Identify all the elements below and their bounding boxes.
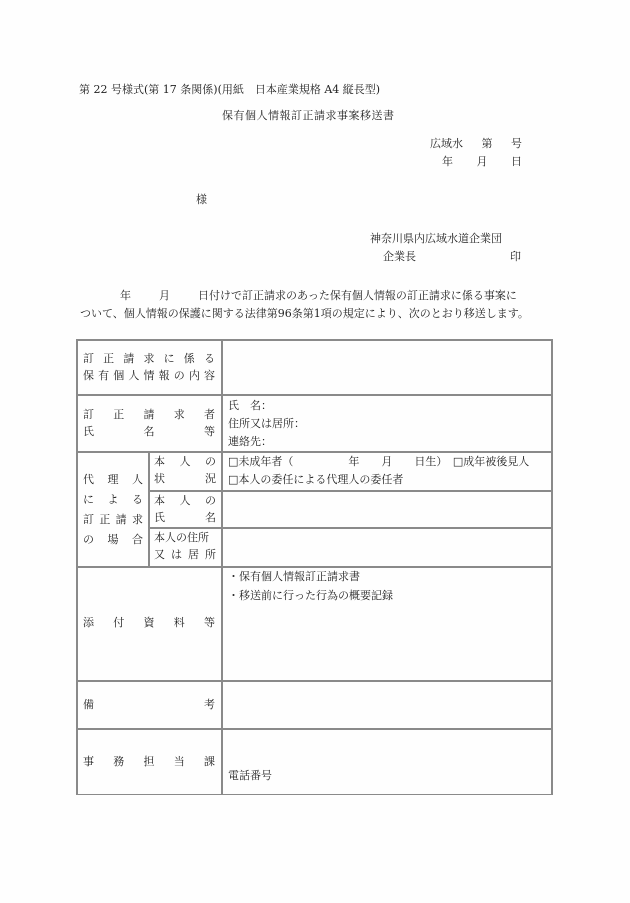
document-title: 保有個人情報訂正請求事案移送書 xyxy=(222,110,395,121)
attachment-item: ・保有個人情報訂正請求書 xyxy=(228,568,360,585)
phone-number-label: 電話番号 xyxy=(228,767,272,784)
requester-name-field[interactable]: 氏 名： xyxy=(228,397,272,414)
requester-contact-field[interactable]: 連絡先： xyxy=(228,433,272,450)
label-principal-name: 本人の 氏名 xyxy=(154,492,216,526)
requester-address-field[interactable]: 住所又は居所： xyxy=(228,415,305,432)
label-attachments: 添付資料等 xyxy=(83,614,215,631)
label-remarks: 備考 xyxy=(83,696,215,713)
transfer-form-table: 訂正請求に係る 保有個人情報の内容 訂正請求者 氏名等 氏 名： 住所又は居所：… xyxy=(76,339,553,795)
correction-info-field[interactable] xyxy=(226,343,548,391)
body-paragraph-line1: 年月日付けで訂正請求のあった保有個人情報の訂正請求に係る事案に xyxy=(120,290,550,301)
label-office-in-charge: 事務担当課 xyxy=(83,753,215,770)
checkbox-delegator[interactable]: □本人の委任による代理人の委任者 xyxy=(228,471,403,488)
label-agent-case: 代理人 による 訂正請求 の場合 xyxy=(83,471,143,548)
addressee: 様 xyxy=(196,194,207,205)
attachment-item: ・移送前に行った行為の概要記録 xyxy=(228,587,393,604)
checkbox-minor-or-ward[interactable]: □未成年者（ 年 月 日生） □成年被後見人 xyxy=(228,453,529,470)
label-requester: 訂正請求者 氏名等 xyxy=(83,406,215,440)
sender-organization: 神奈川県内広域水道企業団 xyxy=(370,233,502,244)
label-principal-status: 本人の 状況 xyxy=(154,453,216,487)
body-paragraph-line2: ついて、個人情報の保護に関する法律第96条第1項の規定により、次のとおり移送しま… xyxy=(80,308,529,319)
issue-date: 年 月 日 xyxy=(442,156,522,167)
form-number: 第 22 号様式(第 17 条関係)(用紙 日本産業規格 A4 縦長型) xyxy=(79,84,380,95)
principal-name-field[interactable] xyxy=(226,492,548,525)
sender-title: 企業長 印 xyxy=(383,251,521,262)
label-correction-info: 訂正請求に係る 保有個人情報の内容 xyxy=(83,350,215,384)
remarks-field[interactable] xyxy=(226,684,548,726)
label-principal-address: 本人の住所 又は居所 xyxy=(154,529,216,563)
principal-address-field[interactable] xyxy=(226,529,548,564)
reference-number: 広域水 第 号 xyxy=(430,138,522,149)
seal-mark: 印 xyxy=(510,251,521,262)
